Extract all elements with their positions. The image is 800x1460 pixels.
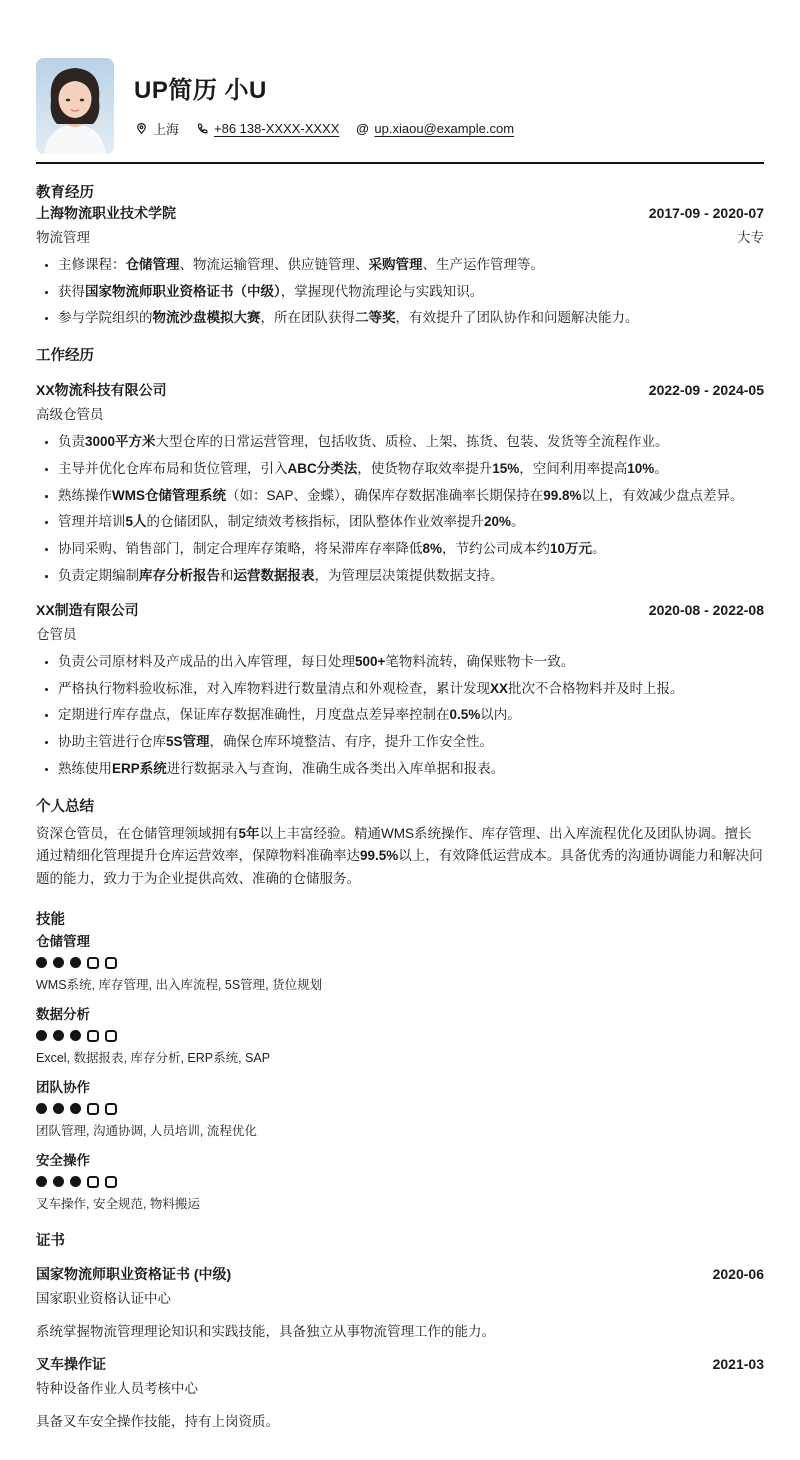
certificate-title-row: 国家物流师职业资格证书 (中级) 2020-06 <box>36 1264 764 1284</box>
education-sub-row: 物流管理 大专 <box>36 226 764 246</box>
company-name: XX物流科技有限公司 <box>36 380 167 400</box>
skill-level-indicator <box>36 1030 764 1042</box>
certificates-heading: 证书 <box>36 1229 764 1250</box>
plain-text: 笔物料流转，确保账物卡一致。 <box>385 654 574 669</box>
education-heading: 教育经历 <box>36 181 764 202</box>
skill-item: 仓储管理 WMS系统, 库存管理, 出入库流程, 5S管理, 货位规划 <box>36 930 764 993</box>
skill-dot-empty <box>105 1103 117 1115</box>
certificate-description: 系统掌握物流管理理论知识和实践技能，具备独立从事物流管理工作的能力。 <box>36 1320 764 1340</box>
plain-text: 管理并培训 <box>58 514 126 529</box>
skill-dot-filled <box>53 1030 64 1041</box>
skill-dot-filled <box>53 1176 64 1187</box>
skill-dot-filled <box>36 1103 47 1114</box>
certificate-issuer: 国家职业资格认证中心 <box>36 1287 764 1307</box>
location-pin-icon <box>134 122 148 136</box>
highlighted-text: XX <box>490 681 508 696</box>
highlighted-text: 3000平方米 <box>85 434 156 449</box>
certificate-item: 国家物流师职业资格证书 (中级) 2020-06 国家职业资格认证中心 系统掌握… <box>36 1264 764 1340</box>
plain-text: 以内。 <box>480 707 521 722</box>
job-title: 仓管员 <box>36 623 77 643</box>
highlighted-text: 10% <box>627 461 654 476</box>
skill-dot-filled <box>70 957 81 968</box>
skill-dot-filled <box>70 1176 81 1187</box>
plain-text: 协同采购、销售部门，制定合理库存策略，将呆滞库存率降低 <box>58 541 423 556</box>
contact-row: 上海 +86 138-XXXX-XXXX @ up.xiaou@example.… <box>134 119 514 138</box>
plain-text: ，确保仓库环境整洁、有序，提升工作安全性。 <box>210 734 494 749</box>
plain-text: 协助主管进行仓库 <box>58 734 166 749</box>
skill-dot-empty <box>87 1176 99 1188</box>
skill-name: 仓储管理 <box>36 930 764 950</box>
highlighted-text: 5人 <box>126 514 147 529</box>
skill-dot-filled <box>36 1176 47 1187</box>
job-bullets: 负责公司原材料及产成品的出入库管理，每日处理500+笔物料流转，确保账物卡一致。… <box>36 652 764 778</box>
highlighted-text: 20% <box>484 514 511 529</box>
plain-text: 定期进行库存盘点，保证库存数据准确性，月度盘点差异率控制在 <box>58 707 450 722</box>
header-divider <box>36 162 764 164</box>
highlighted-text: 库存分析报告 <box>139 568 220 583</box>
header: UP简历 小U 上海 <box>36 58 764 154</box>
plain-text: 、物流运输管理、供应链管理、 <box>180 257 369 272</box>
job-item: XX物流科技有限公司 2022-09 - 2024-05 高级仓管员 负责300… <box>36 380 764 584</box>
section-education: 教育经历 上海物流职业技术学院 2017-09 - 2020-07 物流管理 大… <box>36 181 764 327</box>
certificate-name: 叉车操作证 <box>36 1354 106 1374</box>
plain-text: 大型仓库的日常运营管理，包括收货、质检、上架、拣货、包装、发货等全流程作业。 <box>156 434 669 449</box>
plain-text: ，节约公司成本约 <box>442 541 550 556</box>
bullet-item: 熟练使用ERP系统进行数据录入与查询，准确生成各类出入库单据和报表。 <box>58 759 764 778</box>
page-title: UP简历 小U <box>134 70 514 105</box>
highlighted-text: ERP系统 <box>112 761 167 776</box>
profile-photo-illustration <box>36 58 114 154</box>
skill-dot-filled <box>36 1030 47 1041</box>
highlighted-text: 99.8% <box>543 488 581 503</box>
skill-level-indicator <box>36 957 764 969</box>
at-sign-icon: @ <box>355 122 369 136</box>
plain-text: 。 <box>654 461 668 476</box>
plain-text: 参与学院组织的 <box>58 310 153 325</box>
certificate-date: 2020-06 <box>713 1266 764 1282</box>
plain-text: 熟练使用 <box>58 761 112 776</box>
email-link[interactable]: up.xiaou@example.com <box>374 121 514 136</box>
skill-dot-filled <box>70 1030 81 1041</box>
highlighted-text: 0.5% <box>450 707 481 722</box>
skill-dot-empty <box>87 1030 99 1042</box>
location-item: 上海 <box>134 119 179 138</box>
skill-keywords: 叉车操作, 安全规范, 物料搬运 <box>36 1194 764 1212</box>
plain-text: 获得 <box>58 284 85 299</box>
bullet-item: 管理并培训5人的仓储团队，制定绩效考核指标，团队整体作业效率提升20%。 <box>58 512 764 531</box>
plain-text: 。 <box>592 541 606 556</box>
location-text: 上海 <box>153 119 179 138</box>
header-text: UP简历 小U 上海 <box>134 58 514 138</box>
company-name: XX制造有限公司 <box>36 600 139 620</box>
work-heading: 工作经历 <box>36 344 764 365</box>
certificate-issuer: 特种设备作业人员考核中心 <box>36 1377 764 1397</box>
skill-name: 数据分析 <box>36 1003 764 1023</box>
bullet-item: 熟练操作WMS仓储管理系统（如：SAP、金蝶），确保库存数据准确率长期保持在99… <box>58 486 764 505</box>
phone-link[interactable]: +86 138-XXXX-XXXX <box>214 121 339 136</box>
plain-text: 资深仓管员，在仓储管理领域拥有 <box>36 826 239 841</box>
certificate-description: 具备叉车安全操作技能，持有上岗资质。 <box>36 1410 764 1430</box>
highlighted-text: 15% <box>492 461 519 476</box>
skill-item: 数据分析 Excel, 数据报表, 库存分析, ERP系统, SAP <box>36 1003 764 1066</box>
highlighted-text: 8% <box>423 541 443 556</box>
bullet-item: 协助主管进行仓库5S管理，确保仓库环境整洁、有序，提升工作安全性。 <box>58 732 764 751</box>
plain-text: ，掌握现代物流理论与实践知识。 <box>281 284 484 299</box>
plain-text: ，所在团队获得 <box>261 310 356 325</box>
highlighted-text: 国家物流师职业资格证书（中级） <box>85 284 281 299</box>
highlighted-text: 5S管理 <box>166 734 210 749</box>
bullet-item: 负责3000平方米大型仓库的日常运营管理，包括收货、质检、上架、拣货、包装、发货… <box>58 432 764 451</box>
skill-name: 安全操作 <box>36 1149 764 1169</box>
summary-text: 资深仓管员，在仓储管理领域拥有5年以上丰富经验。精通WMS系统操作、库存管理、出… <box>36 823 764 891</box>
section-summary: 个人总结 资深仓管员，在仓储管理领域拥有5年以上丰富经验。精通WMS系统操作、库… <box>36 795 764 891</box>
job-sub-row: 高级仓管员 <box>36 403 764 423</box>
plain-text: 负责公司原材料及产成品的出入库管理，每日处理 <box>58 654 355 669</box>
highlighted-text: 物流沙盘模拟大赛 <box>153 310 261 325</box>
bullet-item: 获得国家物流师职业资格证书（中级），掌握现代物流理论与实践知识。 <box>58 282 764 301</box>
summary-heading: 个人总结 <box>36 795 764 816</box>
job-title-row: XX制造有限公司 2020-08 - 2022-08 <box>36 600 764 620</box>
certificate-title-row: 叉车操作证 2021-03 <box>36 1354 764 1374</box>
job-dates: 2020-08 - 2022-08 <box>649 602 764 618</box>
plain-text: （如：SAP、金蝶），确保库存数据准确率长期保持在 <box>226 488 543 503</box>
section-skills: 技能 仓储管理 WMS系统, 库存管理, 出入库流程, 5S管理, 货位规划 数… <box>36 908 764 1212</box>
school-name: 上海物流职业技术学院 <box>36 203 176 223</box>
skill-dot-empty <box>105 1176 117 1188</box>
highlighted-text: 5年 <box>239 826 260 841</box>
plain-text: ，空间利用率提高 <box>519 461 627 476</box>
bullet-item: 定期进行库存盘点，保证库存数据准确性，月度盘点差异率控制在0.5%以内。 <box>58 705 764 724</box>
plain-text: 熟练操作 <box>58 488 112 503</box>
email-item: @ up.xiaou@example.com <box>355 121 514 136</box>
bullet-item: 协同采购、销售部门，制定合理库存策略，将呆滞库存率降低8%，节约公司成本约10万… <box>58 539 764 558</box>
skill-item: 安全操作 叉车操作, 安全规范, 物料搬运 <box>36 1149 764 1212</box>
plain-text: 负责定期编制 <box>58 568 139 583</box>
plain-text: 和 <box>220 568 234 583</box>
job-dates: 2022-09 - 2024-05 <box>649 382 764 398</box>
skill-name: 团队协作 <box>36 1076 764 1096</box>
highlighted-text: 99.5% <box>360 848 398 863</box>
skill-keywords: Excel, 数据报表, 库存分析, ERP系统, SAP <box>36 1048 764 1066</box>
skill-dot-filled <box>70 1103 81 1114</box>
bullet-item: 负责公司原材料及产成品的出入库管理，每日处理500+笔物料流转，确保账物卡一致。 <box>58 652 764 671</box>
bullet-item: 参与学院组织的物流沙盘模拟大赛，所在团队获得二等奖，有效提升了团队协作和问题解决… <box>58 308 764 327</box>
bullet-item: 主修课程：仓储管理、物流运输管理、供应链管理、采购管理、生产运作管理等。 <box>58 255 764 274</box>
plain-text: 、生产运作管理等。 <box>423 257 545 272</box>
education-bullets: 主修课程：仓储管理、物流运输管理、供应链管理、采购管理、生产运作管理等。 获得国… <box>36 255 764 327</box>
highlighted-text: 仓储管理 <box>126 257 180 272</box>
job-title: 高级仓管员 <box>36 403 104 423</box>
skill-level-indicator <box>36 1176 764 1188</box>
skill-level-indicator <box>36 1103 764 1115</box>
skill-dot-empty <box>87 957 99 969</box>
job-title-row: XX物流科技有限公司 2022-09 - 2024-05 <box>36 380 764 400</box>
skill-keywords: WMS系统, 库存管理, 出入库流程, 5S管理, 货位规划 <box>36 975 764 993</box>
skill-item: 团队协作 团队管理, 沟通协调, 人员培训, 流程优化 <box>36 1076 764 1139</box>
skill-dot-empty <box>87 1103 99 1115</box>
certificate-date: 2021-03 <box>713 1356 764 1372</box>
highlighted-text: 运营数据报表 <box>234 568 315 583</box>
skill-keywords: 团队管理, 沟通协调, 人员培训, 流程优化 <box>36 1121 764 1139</box>
skill-dot-empty <box>105 957 117 969</box>
highlighted-text: 500+ <box>355 654 385 669</box>
job-item: XX制造有限公司 2020-08 - 2022-08 仓管员 负责公司原材料及产… <box>36 600 764 778</box>
bullet-item: 负责定期编制库存分析报告和运营数据报表，为管理层决策提供数据支持。 <box>58 566 764 585</box>
resume-page: UP简历 小U 上海 <box>0 0 800 1460</box>
plain-text: 主修课程： <box>58 257 126 272</box>
section-work: 工作经历 XX物流科技有限公司 2022-09 - 2024-05 高级仓管员 … <box>36 344 764 777</box>
plain-text: 主导并优化仓库布局和货位管理，引入 <box>58 461 288 476</box>
skill-dot-filled <box>36 957 47 968</box>
highlighted-text: 二等奖 <box>355 310 396 325</box>
education-title-row: 上海物流职业技术学院 2017-09 - 2020-07 <box>36 203 764 223</box>
plain-text: 。 <box>511 514 525 529</box>
plain-text: ，为管理层决策提供数据支持。 <box>315 568 504 583</box>
plain-text: 的仓储团队，制定绩效考核指标，团队整体作业效率提升 <box>147 514 485 529</box>
plain-text: 以上，有效减少盘点差异。 <box>582 488 744 503</box>
highlighted-text: 10万元 <box>550 541 592 556</box>
skills-heading: 技能 <box>36 908 764 929</box>
skill-dot-empty <box>105 1030 117 1042</box>
skill-dot-filled <box>53 1103 64 1114</box>
plain-text: ，使货物存取效率提升 <box>357 461 492 476</box>
job-sub-row: 仓管员 <box>36 623 764 643</box>
plain-text: 进行数据录入与查询，准确生成各类出入库单据和报表。 <box>167 761 505 776</box>
education-major: 物流管理 <box>36 226 90 246</box>
job-bullets: 负责3000平方米大型仓库的日常运营管理，包括收货、质检、上架、拣货、包装、发货… <box>36 432 764 584</box>
education-degree: 大专 <box>737 226 764 246</box>
profile-photo <box>36 58 114 154</box>
highlighted-text: 采购管理 <box>369 257 423 272</box>
highlighted-text: WMS仓储管理系统 <box>112 488 226 503</box>
skill-dot-filled <box>53 957 64 968</box>
plain-text: 批次不合格物料并及时上报。 <box>508 681 684 696</box>
plain-text: ，有效提升了团队协作和问题解决能力。 <box>396 310 639 325</box>
phone-item: +86 138-XXXX-XXXX <box>195 121 339 136</box>
bullet-item: 主导并优化仓库布局和货位管理，引入ABC分类法，使货物存取效率提升15%，空间利… <box>58 459 764 478</box>
education-dates: 2017-09 - 2020-07 <box>649 205 764 221</box>
certificate-name: 国家物流师职业资格证书 (中级) <box>36 1264 231 1284</box>
plain-text: 严格执行物料验收标准，对入库物料进行数量清点和外观检查，累计发现 <box>58 681 490 696</box>
bullet-item: 严格执行物料验收标准，对入库物料进行数量清点和外观检查，累计发现XX批次不合格物… <box>58 679 764 698</box>
plain-text: 负责 <box>58 434 85 449</box>
phone-icon <box>195 122 209 136</box>
section-certificates: 证书 国家物流师职业资格证书 (中级) 2020-06 国家职业资格认证中心 系… <box>36 1229 764 1430</box>
certificate-item: 叉车操作证 2021-03 特种设备作业人员考核中心 具备叉车安全操作技能，持有… <box>36 1354 764 1430</box>
highlighted-text: ABC分类法 <box>288 461 358 476</box>
